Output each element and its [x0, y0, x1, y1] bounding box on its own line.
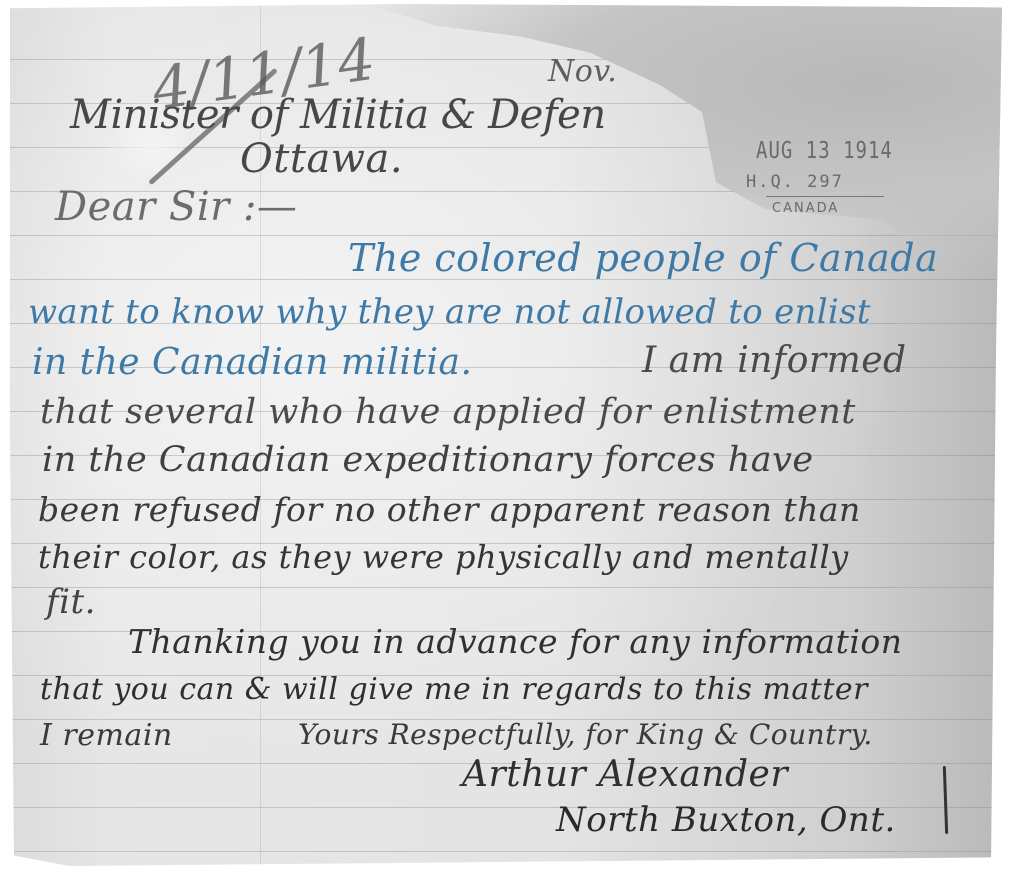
recipient-city: Ottawa.: [240, 136, 403, 182]
body-line-3b: I am informed: [642, 340, 907, 381]
closing-line-2: that you can & will give me in regards t…: [40, 672, 868, 707]
stamp-date: AUG 13 1914: [756, 138, 893, 164]
body-line-6: been refused for no other apparent reaso…: [38, 490, 861, 529]
corner-note: Nov.: [548, 54, 617, 89]
signature-name: Arthur Alexander: [462, 754, 788, 795]
closing-line-1: Thanking you in advance for any informat…: [128, 622, 903, 661]
letter-paper: 4/11/14 Nov. Minister of Militia & Defen…: [10, 4, 1002, 866]
scan-canvas: 4/11/14 Nov. Minister of Militia & Defen…: [0, 0, 1024, 877]
salutation: Dear Sir :—: [55, 184, 297, 230]
stamp-country: CANADA: [772, 201, 839, 216]
closing-valediction: Yours Respectfully, for King & Country.: [298, 718, 873, 751]
body-line-2: want to know why they are not allowed to…: [28, 292, 871, 332]
body-line-5: in the Canadian expeditionary forces hav…: [42, 440, 814, 480]
body-line-7: their color, as they were physically and…: [38, 538, 849, 576]
closing-remain: I remain: [40, 718, 173, 753]
body-line-3a: in the Canadian militia.: [32, 342, 472, 383]
signature-location: North Buxton, Ont.: [556, 800, 896, 840]
received-stamp: AUG 13 1914 H.Q. 297 CANADA: [746, 140, 896, 225]
recipient-title: Minister of Militia & Defen: [70, 92, 606, 138]
stamp-reference: H.Q. 297: [746, 172, 844, 192]
body-line-4: that several who have applied for enlist…: [40, 392, 856, 432]
stamp-underline: [766, 196, 884, 197]
body-line-8: fit.: [46, 582, 96, 622]
body-line-1: The colored people of Canada: [348, 236, 938, 280]
